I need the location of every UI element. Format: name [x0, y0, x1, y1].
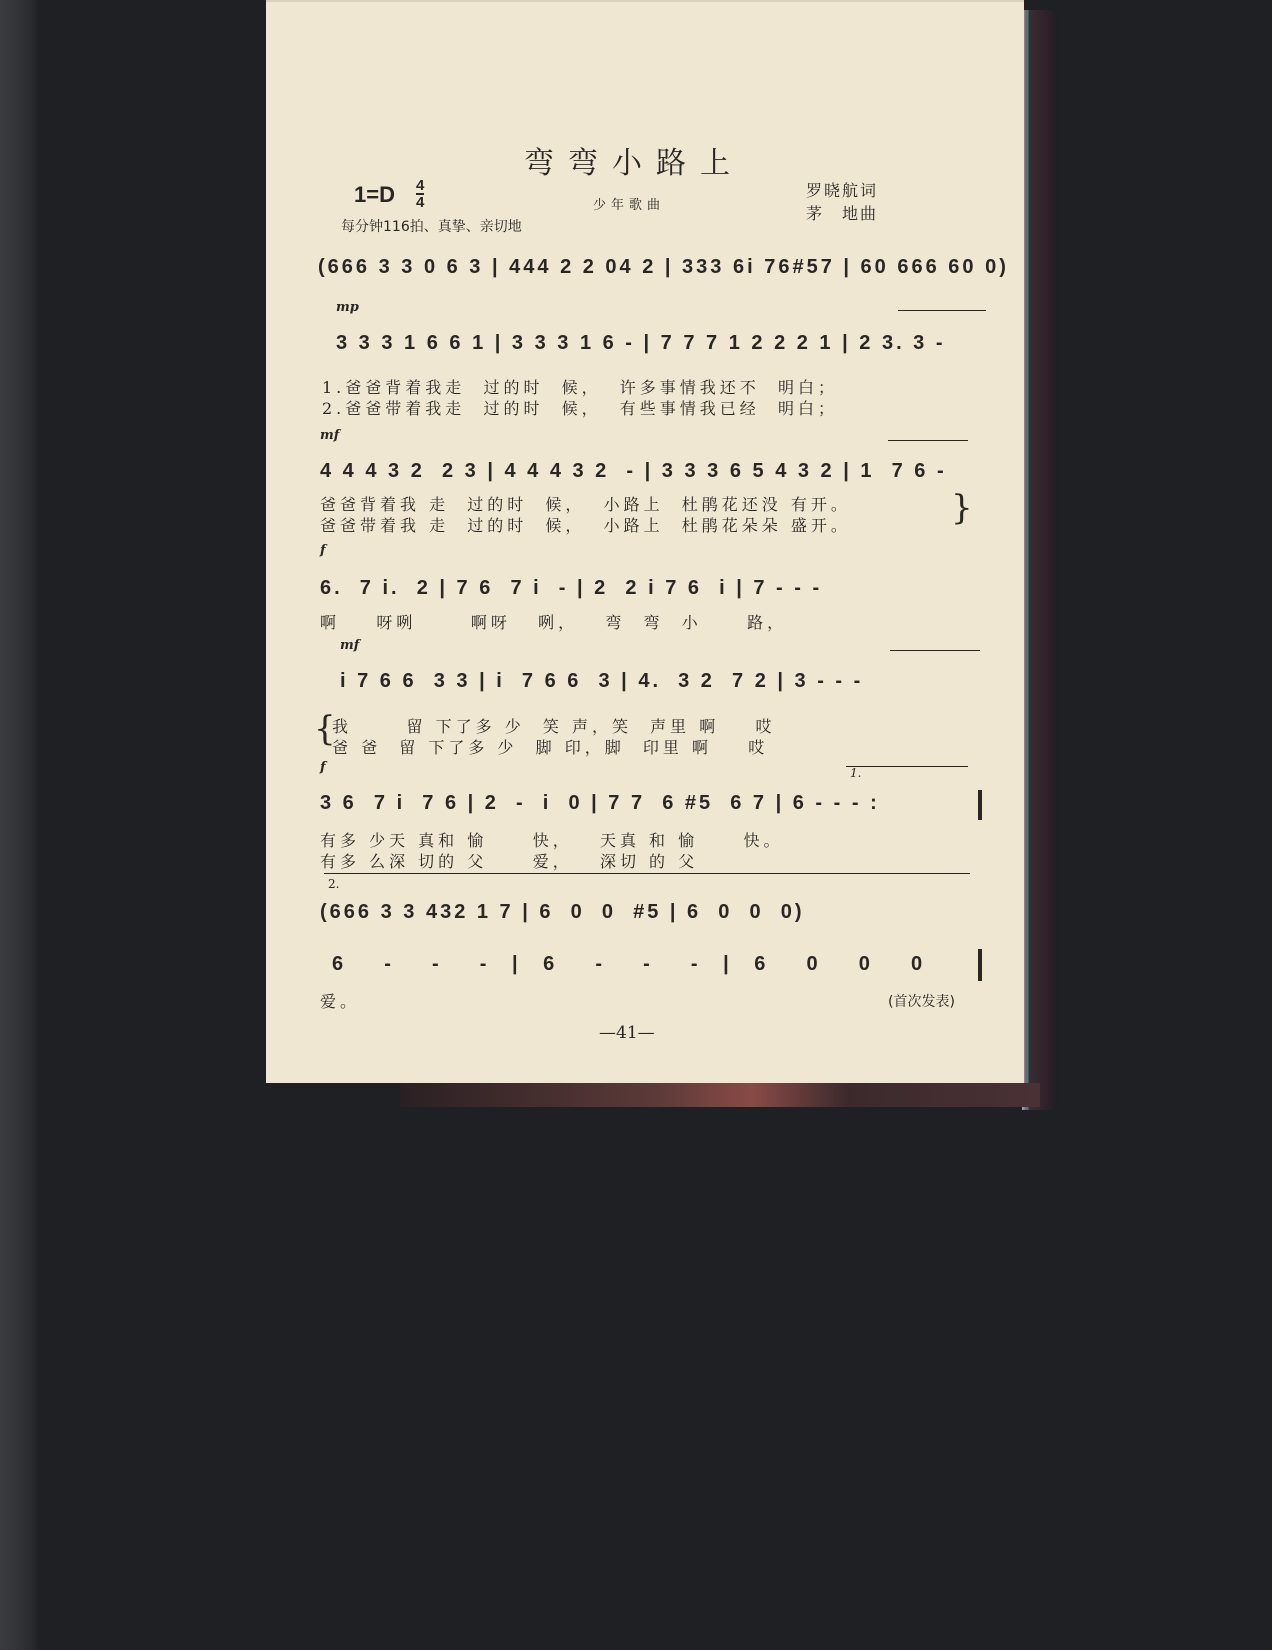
lyricist: 罗晓航词: [806, 178, 878, 201]
book-spine-edge: [1022, 10, 1058, 1110]
notation: (666 3 3 432 1 7 | 6 0 0 #5 | 6 0 0 0): [320, 901, 805, 924]
composer: 茅 地曲: [806, 201, 878, 224]
lyric-verse-1: 我 留 下了多 少 笑 声，笑 声里 啊 哎: [332, 714, 776, 737]
notation: 6 - - - | 6 - - - | 6 0 0 0: [332, 953, 932, 976]
notation: 4 4 4 3 2 2 3 | 4 4 4 3 2 - | 3 3 3 6 5 …: [320, 460, 947, 483]
lyric-line: 啊 呀咧 啊呀 咧， 弯 弯 小 路，: [320, 610, 787, 633]
tempo-marking: 每分钟116拍、真挚、亲切地: [341, 216, 522, 236]
lyric-verse-2: 爸爸带着我 走 过的时 候， 小路上 杜鹃花朵朵 盛开。: [320, 513, 851, 536]
volta-2-line: [324, 873, 970, 874]
song-title: 弯弯小路上: [524, 138, 744, 182]
lyric-verse-2: 2.爸爸带着我走 过的时 候， 有些事情我已经 明白；: [322, 396, 838, 419]
decrescendo-hairpin: [890, 650, 980, 651]
lyric-verse-1: 爸爸背着我 走 过的时 候， 小路上 杜鹃花还没 有开。: [320, 492, 851, 515]
lyric-verse-2: 爸 爸 留 下了多 少 脚 印，脚 印里 啊 哎: [332, 735, 768, 758]
key-signature: 1=D: [354, 182, 395, 208]
page-number: —41—: [599, 1023, 655, 1043]
first-publication-note: (首次发表): [888, 991, 955, 1011]
lyric-verse-2: 有多 么深 切的 父 爱， 深切 的 父: [320, 849, 698, 872]
notation: 3 6 7 i 7 6 | 2 - i 0 | 7 7 6 #5 6 7 | 6…: [320, 792, 880, 815]
notation: 6. 7 i. 2 | 7 6 7 i - | 2 2 i 7 6 i | 7 …: [320, 577, 822, 600]
volta-1-label: 1.: [850, 766, 861, 780]
dynamic-mark: mf: [340, 638, 359, 653]
time-signature-top: 4: [416, 178, 424, 193]
volta-2-label: 2.: [328, 877, 339, 891]
final-barline: [978, 949, 982, 981]
scanner-edge: [0, 0, 38, 1650]
crescendo-hairpin: [898, 310, 986, 311]
dynamic-mark: mf: [320, 428, 339, 443]
lyric-verse-1: 1.爸爸背着我走 过的时 候， 许多事情我还不 明白；: [322, 375, 838, 398]
dynamic-mark: f: [320, 760, 326, 775]
time-signature-bottom: 4: [416, 193, 424, 210]
decrescendo-hairpin: [888, 440, 968, 441]
sheet-music-page: 弯弯小路上 1=D 4 4 少年歌曲 罗晓航词 茅 地曲 每分钟116拍、真挚、…: [266, 0, 1024, 1083]
song-genre: 少年歌曲: [593, 194, 665, 213]
dynamic-mark: mp: [336, 300, 359, 315]
notation: 3 3 3 1 6 6 1 | 3 3 3 1 6 - | 7 7 7 1 2 …: [336, 332, 946, 355]
notation: i 7 6 6 3 3 | i 7 6 6 3 | 4. 3 2 7 2 | 3…: [340, 670, 863, 693]
repeat-barline: [978, 790, 982, 820]
book-cover-edge: [400, 1083, 1040, 1107]
volta-1-line: [846, 766, 968, 767]
time-signature: 4 4: [416, 178, 424, 210]
lyric-verse-1: 有多 少天 真和 愉 快， 天真 和 愉 快。: [320, 828, 784, 851]
verse-brace: }: [951, 491, 973, 525]
notation: (666 3 3 0 6 3 | 444 2 2 04 2 | 333 6i 7…: [318, 256, 1009, 279]
lyric-line: 爱。: [320, 989, 360, 1012]
dynamic-mark: f: [320, 543, 326, 558]
